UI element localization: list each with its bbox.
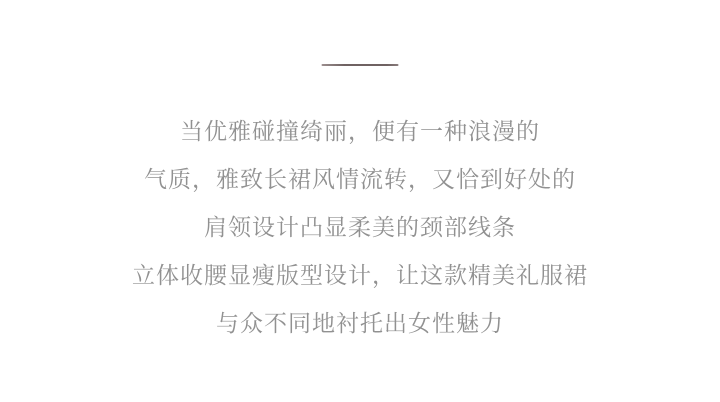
description-line-3: 肩领设计凸显柔美的颈部线条 <box>0 203 720 251</box>
divider-line <box>322 64 399 66</box>
description-line-1: 当优雅碰撞绮丽，便有一种浪漫的 <box>0 107 720 155</box>
description-line-4: 立体收腰显瘦版型设计，让这款精美礼服裙 <box>0 251 720 299</box>
product-description: 当优雅碰撞绮丽，便有一种浪漫的 气质，雅致长裙风情流转，又恰到好处的 肩领设计凸… <box>0 107 720 347</box>
page-background: 当优雅碰撞绮丽，便有一种浪漫的 气质，雅致长裙风情流转，又恰到好处的 肩领设计凸… <box>0 0 720 402</box>
description-line-2: 气质，雅致长裙风情流转，又恰到好处的 <box>0 155 720 203</box>
description-line-5: 与众不同地衬托出女性魅力 <box>0 299 720 347</box>
